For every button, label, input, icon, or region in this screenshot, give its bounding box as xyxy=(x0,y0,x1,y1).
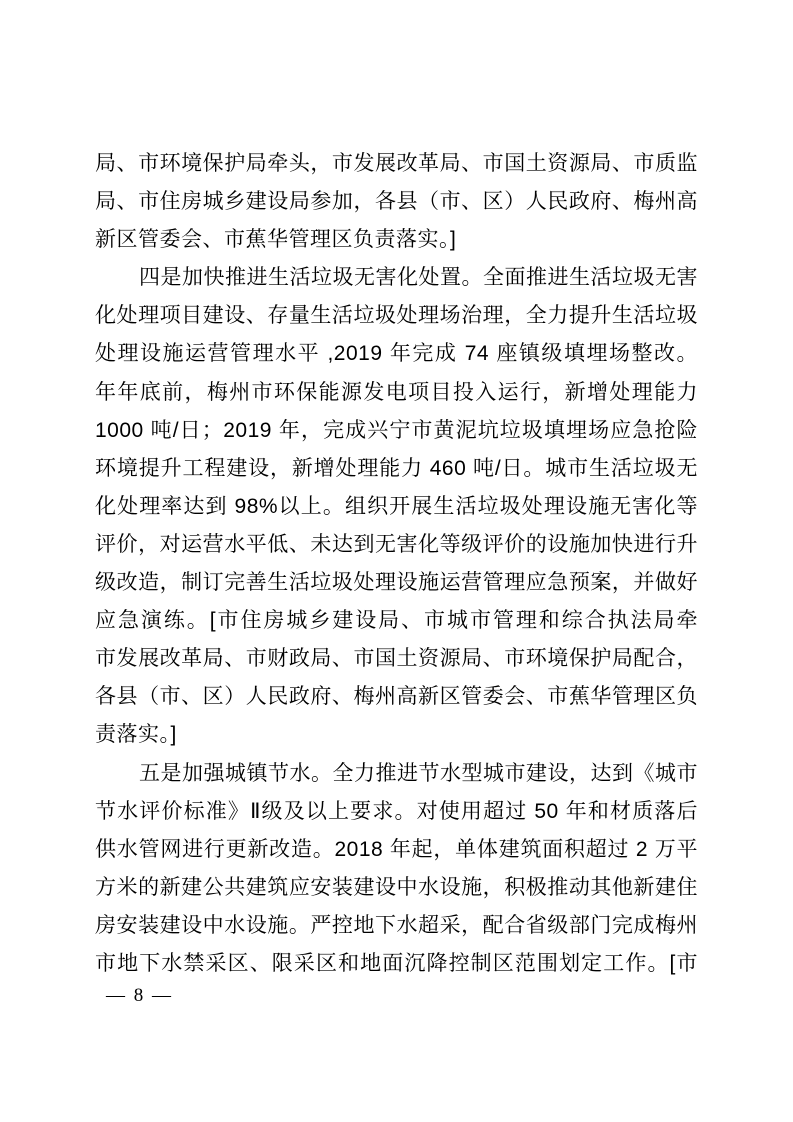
text-line: 1000 吨/日；2019 年，完成兴宁市黄泥坑垃圾填埋场应急抢险及 xyxy=(95,412,698,450)
text-line: 处理设施运营管理水平 ,2019 年完成 74 座镇级填埋场整改。2018 xyxy=(95,335,698,373)
text-line: 化处理率达到 98%以上。组织开展生活垃圾处理设施无害化等级 xyxy=(95,488,698,526)
text-line: 新区管委会、市蕉华管理区负责落实。] xyxy=(95,221,698,259)
text-line: 市发展改革局、市财政局、市国土资源局、市环境保护局配合， xyxy=(95,640,698,678)
text-line: 节水评价标准》Ⅱ级及以上要求。对使用超过 50 年和材质落后的 xyxy=(95,793,698,831)
text-line: 级改造，制订完善生活垃圾处理设施运营管理应急预案，并做好 xyxy=(95,564,698,602)
text-line: 评价，对运营水平低、未达到无害化等级评价的设施加快进行升 xyxy=(95,526,698,564)
text-line: 年年底前，梅州市环保能源发电项目投入运行，新增处理能力 xyxy=(95,374,698,412)
text-line: 四是加快推进生活垃圾无害化处置。全面推进生活垃圾无害 xyxy=(95,259,698,297)
text-line: 化处理项目建设、存量生活垃圾处理场治理，全力提升生活垃圾 xyxy=(95,297,698,335)
text-line: 五是加强城镇节水。全力推进节水型城市建设，达到《城市 xyxy=(95,755,698,793)
document-page: 局、市环境保护局牵头，市发展改革局、市国土资源局、市质监 局、市住房城乡建设局参… xyxy=(0,0,793,1122)
text-line: 局、市环境保护局牵头，市发展改革局、市国土资源局、市质监 xyxy=(95,145,698,183)
text-line: 供水管网进行更新改造。2018 年起，单体建筑面积超过 2 万平 xyxy=(95,831,698,869)
paragraph-item-five: 五是加强城镇节水。全力推进节水型城市建设，达到《城市 节水评价标准》Ⅱ级及以上要… xyxy=(95,755,698,984)
text-line: 局、市住房城乡建设局参加，各县（市、区）人民政府、梅州高 xyxy=(95,183,698,221)
document-body: 局、市环境保护局牵头，市发展改革局、市国土资源局、市质监 局、市住房城乡建设局参… xyxy=(95,145,698,983)
paragraph-continued: 局、市环境保护局牵头，市发展改革局、市国土资源局、市质监 局、市住房城乡建设局参… xyxy=(95,145,698,259)
paragraph-item-four: 四是加快推进生活垃圾无害化处置。全面推进生活垃圾无害 化处理项目建设、存量生活垃… xyxy=(95,259,698,754)
text-line: 方米的新建公共建筑应安装建设中水设施，积极推动其他新建住 xyxy=(95,869,698,907)
text-line: 各县（市、区）人民政府、梅州高新区管委会、市蕉华管理区负 xyxy=(95,678,698,716)
page-number: — 8 — xyxy=(106,984,173,1008)
text-line: 责落实。] xyxy=(95,716,698,754)
text-line: 房安装建设中水设施。严控地下水超采，配合省级部门完成梅州 xyxy=(95,907,698,945)
text-line: 市地下水禁采区、限采区和地面沉降控制区范围划定工作。[市住 xyxy=(95,945,698,983)
text-line: 应急演练。[市住房城乡建设局、市城市管理和综合执法局牵头， xyxy=(95,602,698,640)
text-line: 环境提升工程建设，新增处理能力 460 吨/日。城市生活垃圾无害 xyxy=(95,450,698,488)
